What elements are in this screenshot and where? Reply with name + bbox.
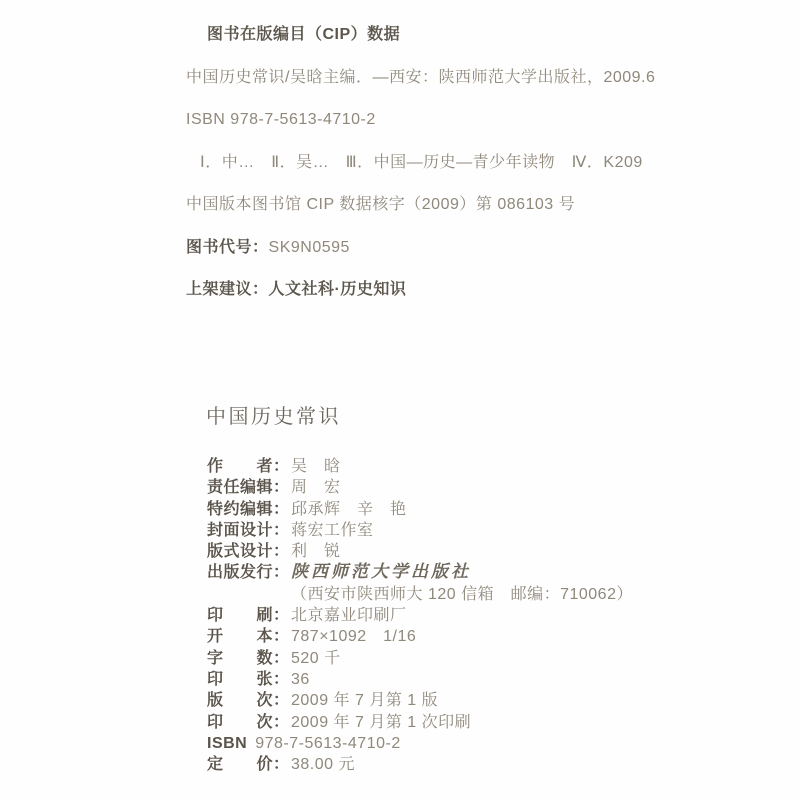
colophon-row-value: 787×1092 1/16 [291, 626, 416, 647]
colophon-row-label: 开 本： [207, 626, 291, 647]
colophon-row-label: 字 数： [207, 648, 291, 669]
copyright-page: 图书在版编目（CIP）数据 中国历史常识/吴晗主编．—西安：陕西师范大学出版社，… [0, 0, 800, 800]
colophon-row-format: 开 本： 787×1092 1/16 [207, 626, 687, 647]
cip-title-line: 中国历史常识/吴晗主编．—西安：陕西师范大学出版社，2009.6 [186, 57, 746, 100]
colophon-row-value: 2009 年 7 月第 1 版 [291, 690, 438, 711]
colophon-block: 作 者： 吴 晗 责任编辑： 周 宏 特约编辑： 邱承辉 辛 艳 封面设计： 蒋… [207, 456, 687, 775]
book-title: 中国历史常识 [206, 400, 341, 429]
colophon-row-label: 定 价： [207, 754, 291, 775]
colophon-row-price: 定 价： 38.00 元 [207, 754, 687, 775]
colophon-row-value: 邱承辉 辛 艳 [291, 499, 407, 520]
colophon-row-author: 作 者： 吴 晗 [207, 456, 687, 477]
colophon-row-label: 出版发行： [207, 562, 291, 583]
cip-registry-line: 中国版本图书馆 CIP 数据核字（2009）第 086103 号 [186, 184, 746, 227]
book-code-value: SK9N0595 [269, 239, 350, 256]
cip-header: 图书在版编目（CIP）数据 [186, 14, 746, 57]
book-code-line: 图书代号：SK9N0595 [186, 227, 746, 270]
book-code-label: 图书代号： [186, 239, 269, 256]
colophon-row-word-count: 字 数： 520 千 [207, 648, 687, 669]
colophon-row-label: 版 次： [207, 690, 291, 711]
shelf-suggestion-line: 上架建议：人文社科·历史知识 [186, 269, 746, 312]
colophon-row-label [207, 584, 291, 605]
colophon-row-label: 印 张： [207, 669, 291, 690]
colophon-row-value: 北京嘉业印刷厂 [291, 605, 407, 626]
colophon-row-label: 责任编辑： [207, 477, 291, 498]
colophon-row-value: 978-7-5613-4710-2 [255, 733, 401, 754]
colophon-row-label: 印 次： [207, 712, 291, 733]
colophon-row-label: 版式设计： [207, 541, 291, 562]
colophon-row-special-editor: 特约编辑： 邱承辉 辛 艳 [207, 499, 687, 520]
colophon-row-value: 38.00 元 [291, 754, 355, 775]
cip-block: 图书在版编目（CIP）数据 中国历史常识/吴晗主编．—西安：陕西师范大学出版社，… [186, 14, 746, 312]
colophon-row-label: 特约编辑： [207, 499, 291, 520]
colophon-row-value: 蒋宏工作室 [291, 520, 374, 541]
colophon-row-address: （西安市陕西师大 120 信箱 邮编：710062） [207, 584, 687, 605]
colophon-row-label: 封面设计： [207, 520, 291, 541]
cip-isbn-line: ISBN 978-7-5613-4710-2 [186, 99, 746, 142]
publisher-script-logo: 陕西师范大学出版社 [291, 562, 471, 583]
colophon-row-value: 520 千 [291, 648, 341, 669]
colophon-row-cover-design: 封面设计： 蒋宏工作室 [207, 520, 687, 541]
colophon-row-printing: 印 次： 2009 年 7 月第 1 次印刷 [207, 712, 687, 733]
colophon-row-edition: 版 次： 2009 年 7 月第 1 版 [207, 690, 687, 711]
colophon-row-value: 2009 年 7 月第 1 次印刷 [291, 712, 471, 733]
colophon-row-value: 利 锐 [291, 541, 341, 562]
shelf-suggestion-label: 上架建议： [186, 281, 269, 298]
colophon-row-label: 作 者： [207, 456, 291, 477]
colophon-row-isbn: ISBN 978-7-5613-4710-2 [207, 733, 687, 754]
colophon-row-label: ISBN [207, 733, 247, 754]
colophon-row-editor: 责任编辑： 周 宏 [207, 477, 687, 498]
colophon-row-printer: 印 刷： 北京嘉业印刷厂 [207, 605, 687, 626]
publisher-address: （西安市陕西师大 120 信箱 邮编：710062） [291, 584, 633, 605]
colophon-row-value: 周 宏 [291, 477, 341, 498]
colophon-row-value: 36 [291, 669, 310, 690]
shelf-suggestion-value: 人文社科·历史知识 [269, 281, 407, 298]
colophon-row-sheets: 印 张： 36 [207, 669, 687, 690]
colophon-row-publisher: 出版发行： 陕西师范大学出版社 [207, 562, 687, 583]
colophon-row-layout-design: 版式设计： 利 锐 [207, 541, 687, 562]
cip-classification-line: Ⅰ．中… Ⅱ．吴… Ⅲ．中国—历史—青少年读物 Ⅳ．K209 [186, 142, 746, 185]
colophon-row-value: 吴 晗 [291, 456, 341, 477]
colophon-row-label: 印 刷： [207, 605, 291, 626]
